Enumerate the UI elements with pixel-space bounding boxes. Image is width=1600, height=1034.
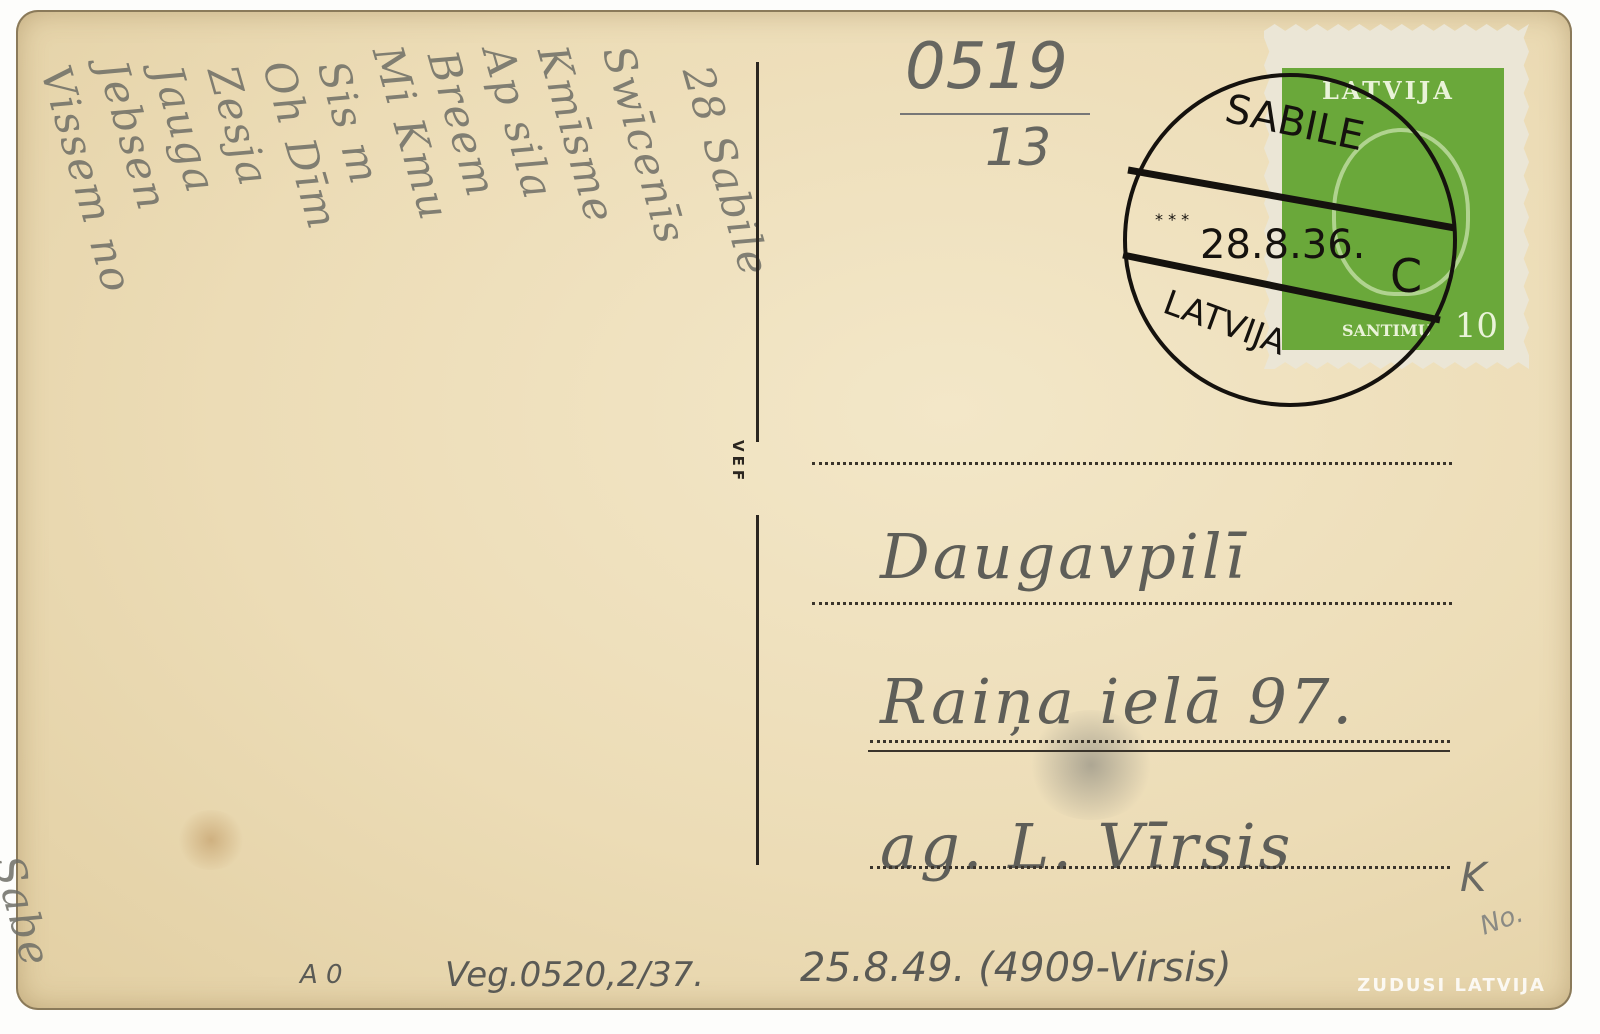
stamp-country: LATVIJA <box>1322 76 1455 105</box>
catalog-subnumber: 13 <box>985 118 1051 178</box>
stain <box>176 810 246 870</box>
printer-mark: VEF <box>729 440 747 484</box>
coat-of-arms-icon <box>1332 128 1470 296</box>
address-city: Daugavpilī <box>880 520 1247 593</box>
address-line <box>870 866 1450 869</box>
address-street: Raiņa ielā 97. <box>880 665 1355 738</box>
watermark: ZUDUSI LATVIJA <box>1357 975 1546 996</box>
stamp-currency: SANTIMU <box>1342 321 1432 340</box>
card-divider <box>756 62 759 442</box>
address-line <box>812 462 1452 465</box>
address-line <box>812 602 1452 605</box>
archive-note-date: 25.8.49. (4909-Virsis) <box>800 945 1232 991</box>
address-underline <box>868 750 1450 752</box>
catalog-number: 0519 <box>905 30 1068 104</box>
address-recipient: ag. L. Vīrsis <box>880 810 1293 883</box>
catalog-underline <box>900 113 1090 115</box>
inventory-number: Veg.0520,2/37. <box>445 955 704 995</box>
address-suffix: K <box>1460 855 1486 901</box>
address-line <box>870 740 1450 743</box>
postage-stamp: LATVIJA SANTIMU 10 <box>1264 24 1529 369</box>
stamp-value: 10 <box>1455 306 1498 346</box>
archive-note-left: A 0 <box>300 960 343 990</box>
card-divider <box>756 515 759 865</box>
stamp-face: LATVIJA SANTIMU 10 <box>1282 68 1504 350</box>
